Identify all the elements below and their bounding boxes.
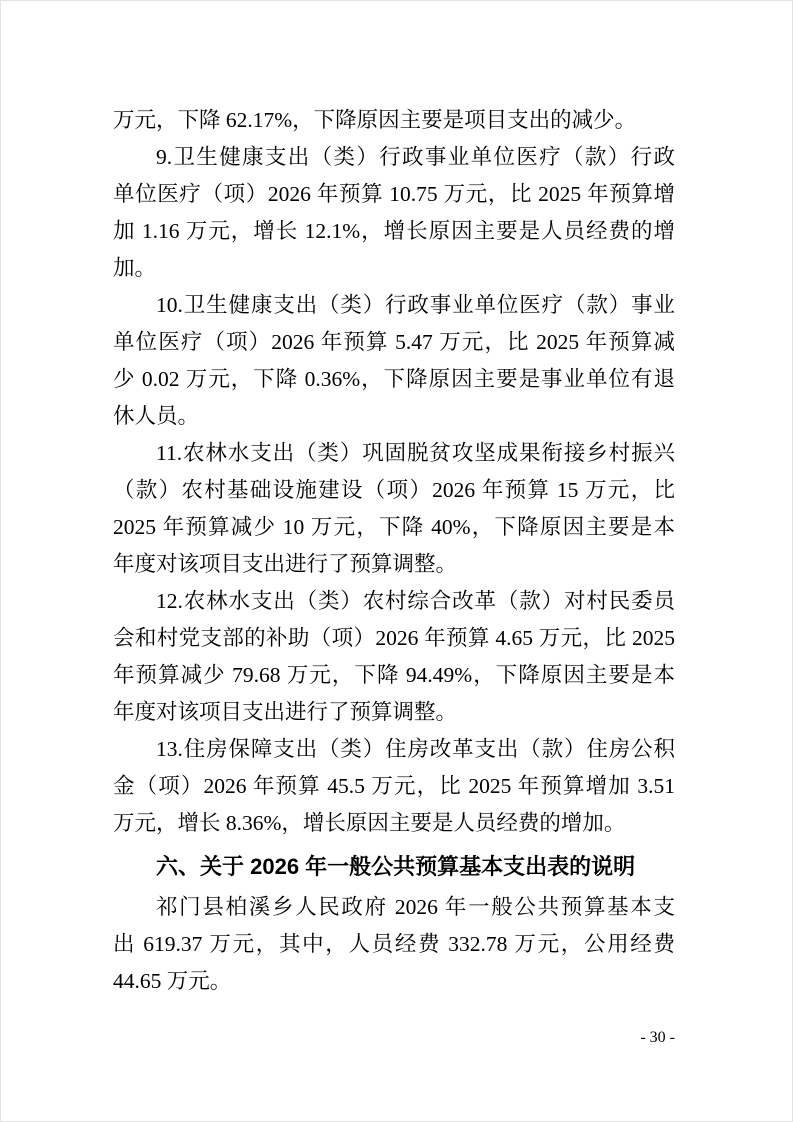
body-paragraph-5: 13.住房保障支出（类）住房改革支出（款）住房公积金（项）2026 年预算 45…: [113, 731, 675, 842]
body-paragraph-7: 祁门县柏溪乡人民政府 2026 年一般公共预算基本支出 619.37 万元，其中…: [113, 889, 675, 1000]
text-line: 13.住房保障支出（类）住房改革支出（款）住房公积: [113, 731, 675, 768]
section-heading: 六、关于 2026 年一般公共预算基本支出表的说明: [113, 848, 675, 885]
text-line: 休人员。: [113, 398, 675, 435]
text-line: 单位医疗（项）2026 年预算 5.47 万元，比 2025 年预算减: [113, 324, 675, 361]
text-line: 年度对该项目支出进行了预算调整。: [113, 694, 675, 731]
text-line: 44.65 万元。: [113, 963, 675, 1000]
body-paragraph-2: 10.卫生健康支出（类）行政事业单位医疗（款）事业单位医疗（项）2026 年预算…: [113, 287, 675, 435]
body-paragraph-0: 万元，下降 62.17%，下降原因主要是项目支出的减少。: [113, 102, 675, 139]
text-line: 10.卫生健康支出（类）行政事业单位医疗（款）事业: [113, 287, 675, 324]
text-line: 六、关于 2026 年一般公共预算基本支出表的说明: [113, 848, 675, 885]
text-line: 单位医疗（项）2026 年预算 10.75 万元，比 2025 年预算增: [113, 176, 675, 213]
page-number: - 30 -: [0, 1029, 675, 1047]
text-line: 加。: [113, 250, 675, 287]
text-line: 金（项）2026 年预算 45.5 万元，比 2025 年预算增加 3.51: [113, 768, 675, 805]
page-number-label: - 30 -: [640, 1029, 675, 1046]
text-line: 12.农林水支出（类）农村综合改革（款）对村民委员: [113, 583, 675, 620]
text-line: 万元，下降 62.17%，下降原因主要是项目支出的减少。: [113, 102, 675, 139]
text-line: 年度对该项目支出进行了预算调整。: [113, 546, 675, 583]
text-line: 会和村党支部的补助（项）2026 年预算 4.65 万元，比 2025: [113, 620, 675, 657]
text-line: 9.卫生健康支出（类）行政事业单位医疗（款）行政: [113, 139, 675, 176]
text-line: 出 619.37 万元，其中，人员经费 332.78 万元，公用经费: [113, 926, 675, 963]
text-line: 年预算减少 79.68 万元，下降 94.49%，下降原因主要是本: [113, 657, 675, 694]
text-line: 祁门县柏溪乡人民政府 2026 年一般公共预算基本支: [113, 889, 675, 926]
text-line: 2025 年预算减少 10 万元，下降 40%，下降原因主要是本: [113, 509, 675, 546]
body-paragraph-1: 9.卫生健康支出（类）行政事业单位医疗（款）行政单位医疗（项）2026 年预算 …: [113, 139, 675, 287]
body-paragraph-3: 11.农林水支出（类）巩固脱贫攻坚成果衔接乡村振兴（款）农村基础设施建设（项）2…: [113, 435, 675, 583]
text-line: 万元，增长 8.36%，增长原因主要是人员经费的增加。: [113, 805, 675, 842]
body-paragraph-4: 12.农林水支出（类）农村综合改革（款）对村民委员会和村党支部的补助（项）202…: [113, 583, 675, 731]
text-line: 加 1.16 万元，增长 12.1%，增长原因主要是人员经费的增: [113, 213, 675, 250]
document-page: 万元，下降 62.17%，下降原因主要是项目支出的减少。9.卫生健康支出（类）行…: [0, 0, 793, 1122]
text-line: 少 0.02 万元，下降 0.36%，下降原因主要是事业单位有退: [113, 361, 675, 398]
text-line: （款）农村基础设施建设（项）2026 年预算 15 万元，比: [113, 472, 675, 509]
text-line: 11.农林水支出（类）巩固脱贫攻坚成果衔接乡村振兴: [113, 435, 675, 472]
document-body: 万元，下降 62.17%，下降原因主要是项目支出的减少。9.卫生健康支出（类）行…: [113, 102, 675, 1000]
